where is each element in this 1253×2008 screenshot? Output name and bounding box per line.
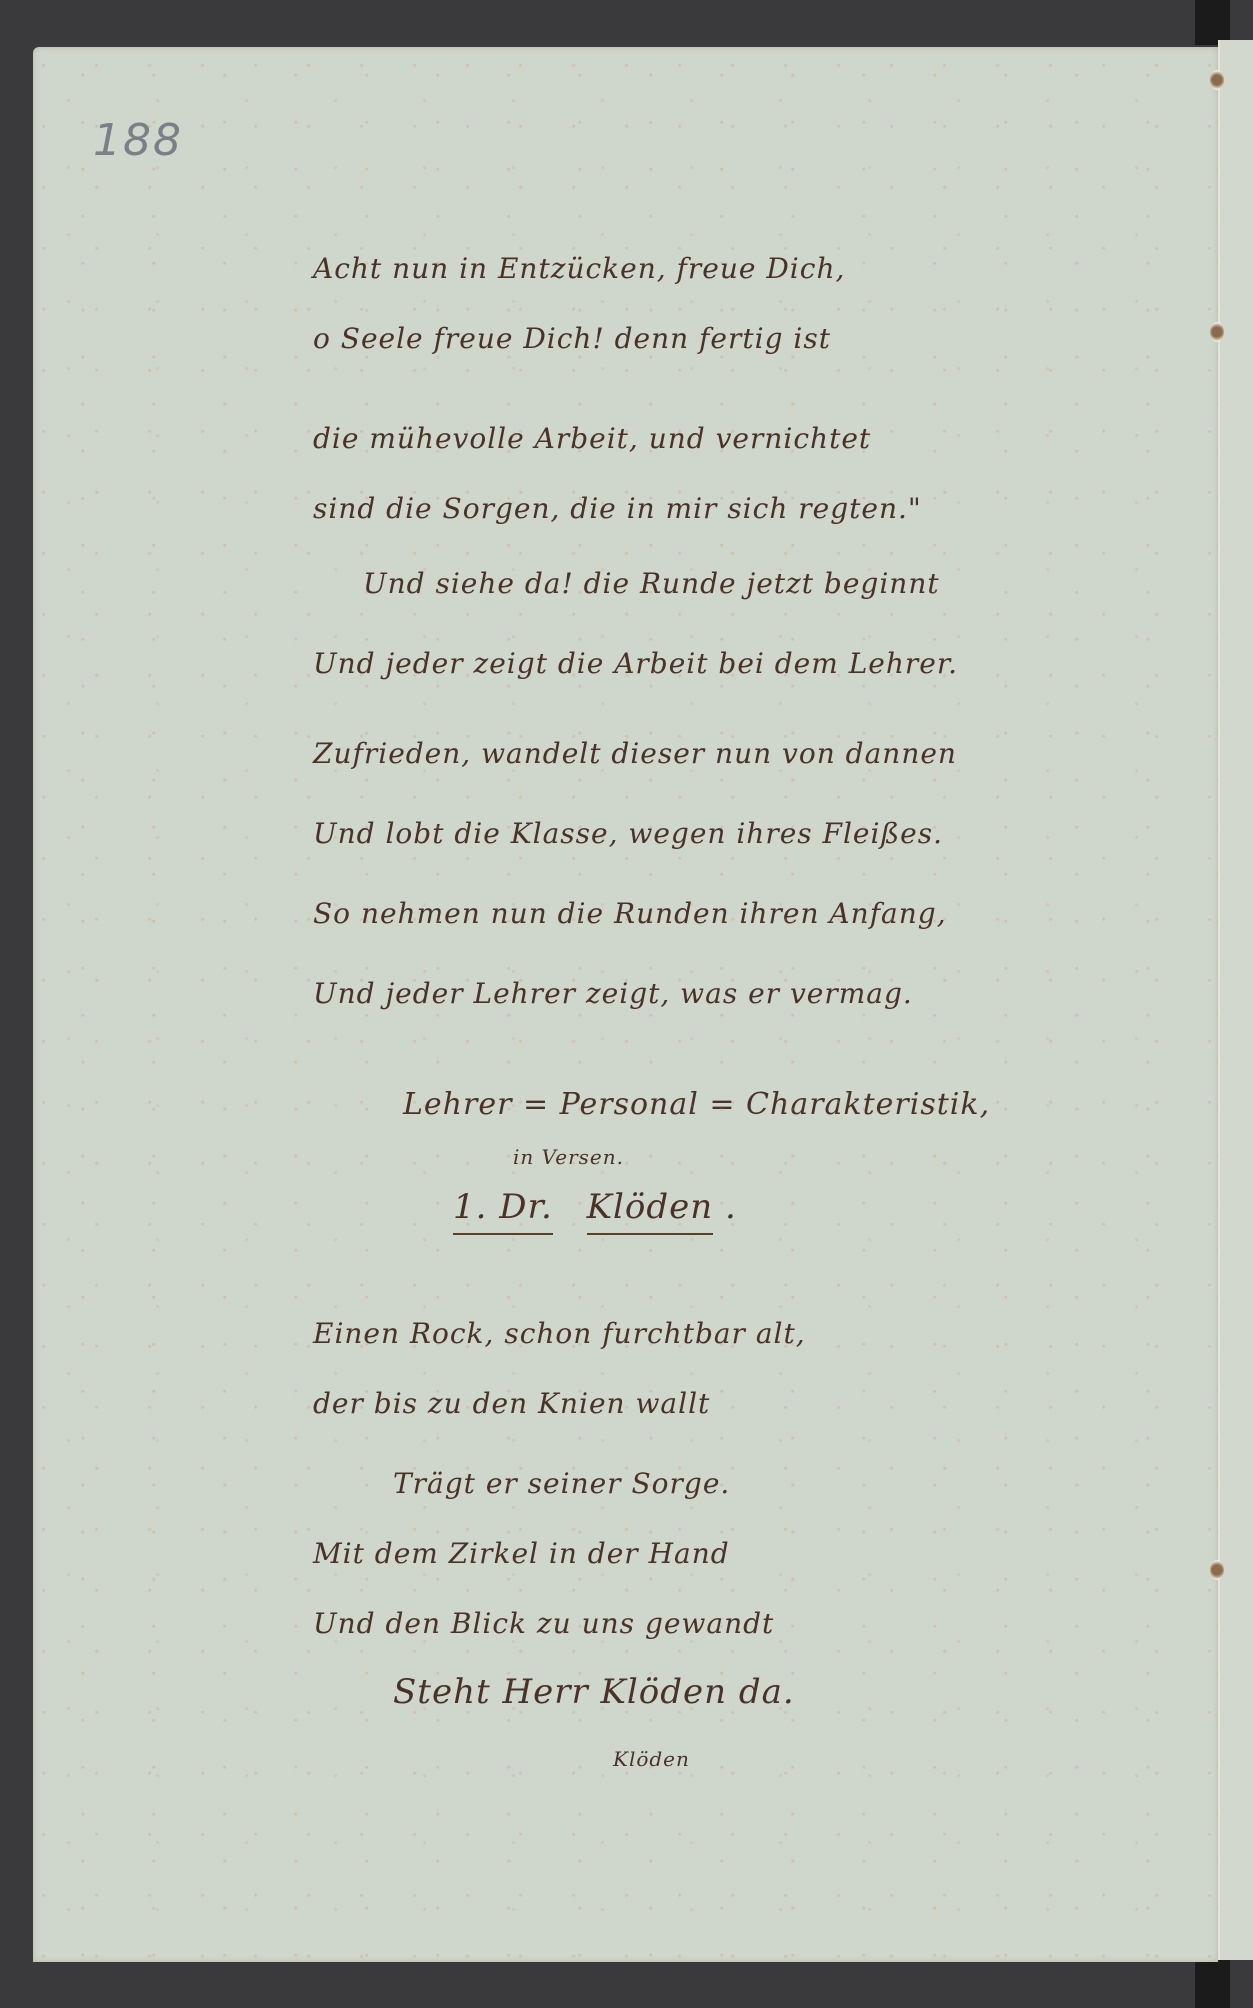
text-line: der bis zu den Knien wallt [313,1387,710,1420]
binding-hole [1210,70,1224,90]
entry-period: . [725,1187,737,1227]
entry-number: 1. Dr. [453,1187,553,1235]
text-line: Und siehe da! die Runde jetzt beginnt [363,567,940,600]
section-heading: Lehrer = Personal = Charakteristik, [403,1087,990,1122]
text-line: Und den Blick zu uns gewandt [313,1607,774,1640]
text-line: Steht Herr Klöden da. [393,1672,795,1712]
text-line: sind die Sorgen, die in mir sich regten.… [313,492,922,525]
page-number: 188 [93,115,183,166]
manuscript-page: 188 Acht nun in Entzücken, freue Dich, o… [33,47,1218,1962]
entry-name: Klöden [587,1187,714,1235]
binding-shadow-top [1195,0,1230,45]
text-line: Mit dem Zirkel in der Hand [313,1537,730,1570]
section-subheading: in Versen. [513,1145,624,1169]
text-line: o Seele freue Dich! denn fertig ist [313,322,831,355]
text-line: Trägt er seiner Sorge. [393,1467,730,1500]
text-line: Acht nun in Entzücken, freue Dich, [313,252,845,285]
binding-hole [1210,322,1224,342]
text-line: Einen Rock, schon furchtbar alt, [313,1317,806,1350]
text-line: Und jeder Lehrer zeigt, was er vermag. [313,977,913,1010]
entry-heading: 1. Dr. Klöden . [453,1187,737,1227]
footnote: Klöden [613,1747,690,1771]
text-line: So nehmen nun die Runden ihren Anfang, [313,897,947,930]
binding-shadow-bottom [1195,1960,1230,2008]
binding-hole [1210,1560,1224,1580]
text-line: Zufrieden, wandelt dieser nun von dannen [313,737,957,770]
text-line: Und jeder zeigt die Arbeit bei dem Lehre… [313,647,958,680]
text-line: die mühevolle Arbeit, und vernichtet [313,422,871,455]
text-line: Und lobt die Klasse, wegen ihres Fleißes… [313,817,943,850]
